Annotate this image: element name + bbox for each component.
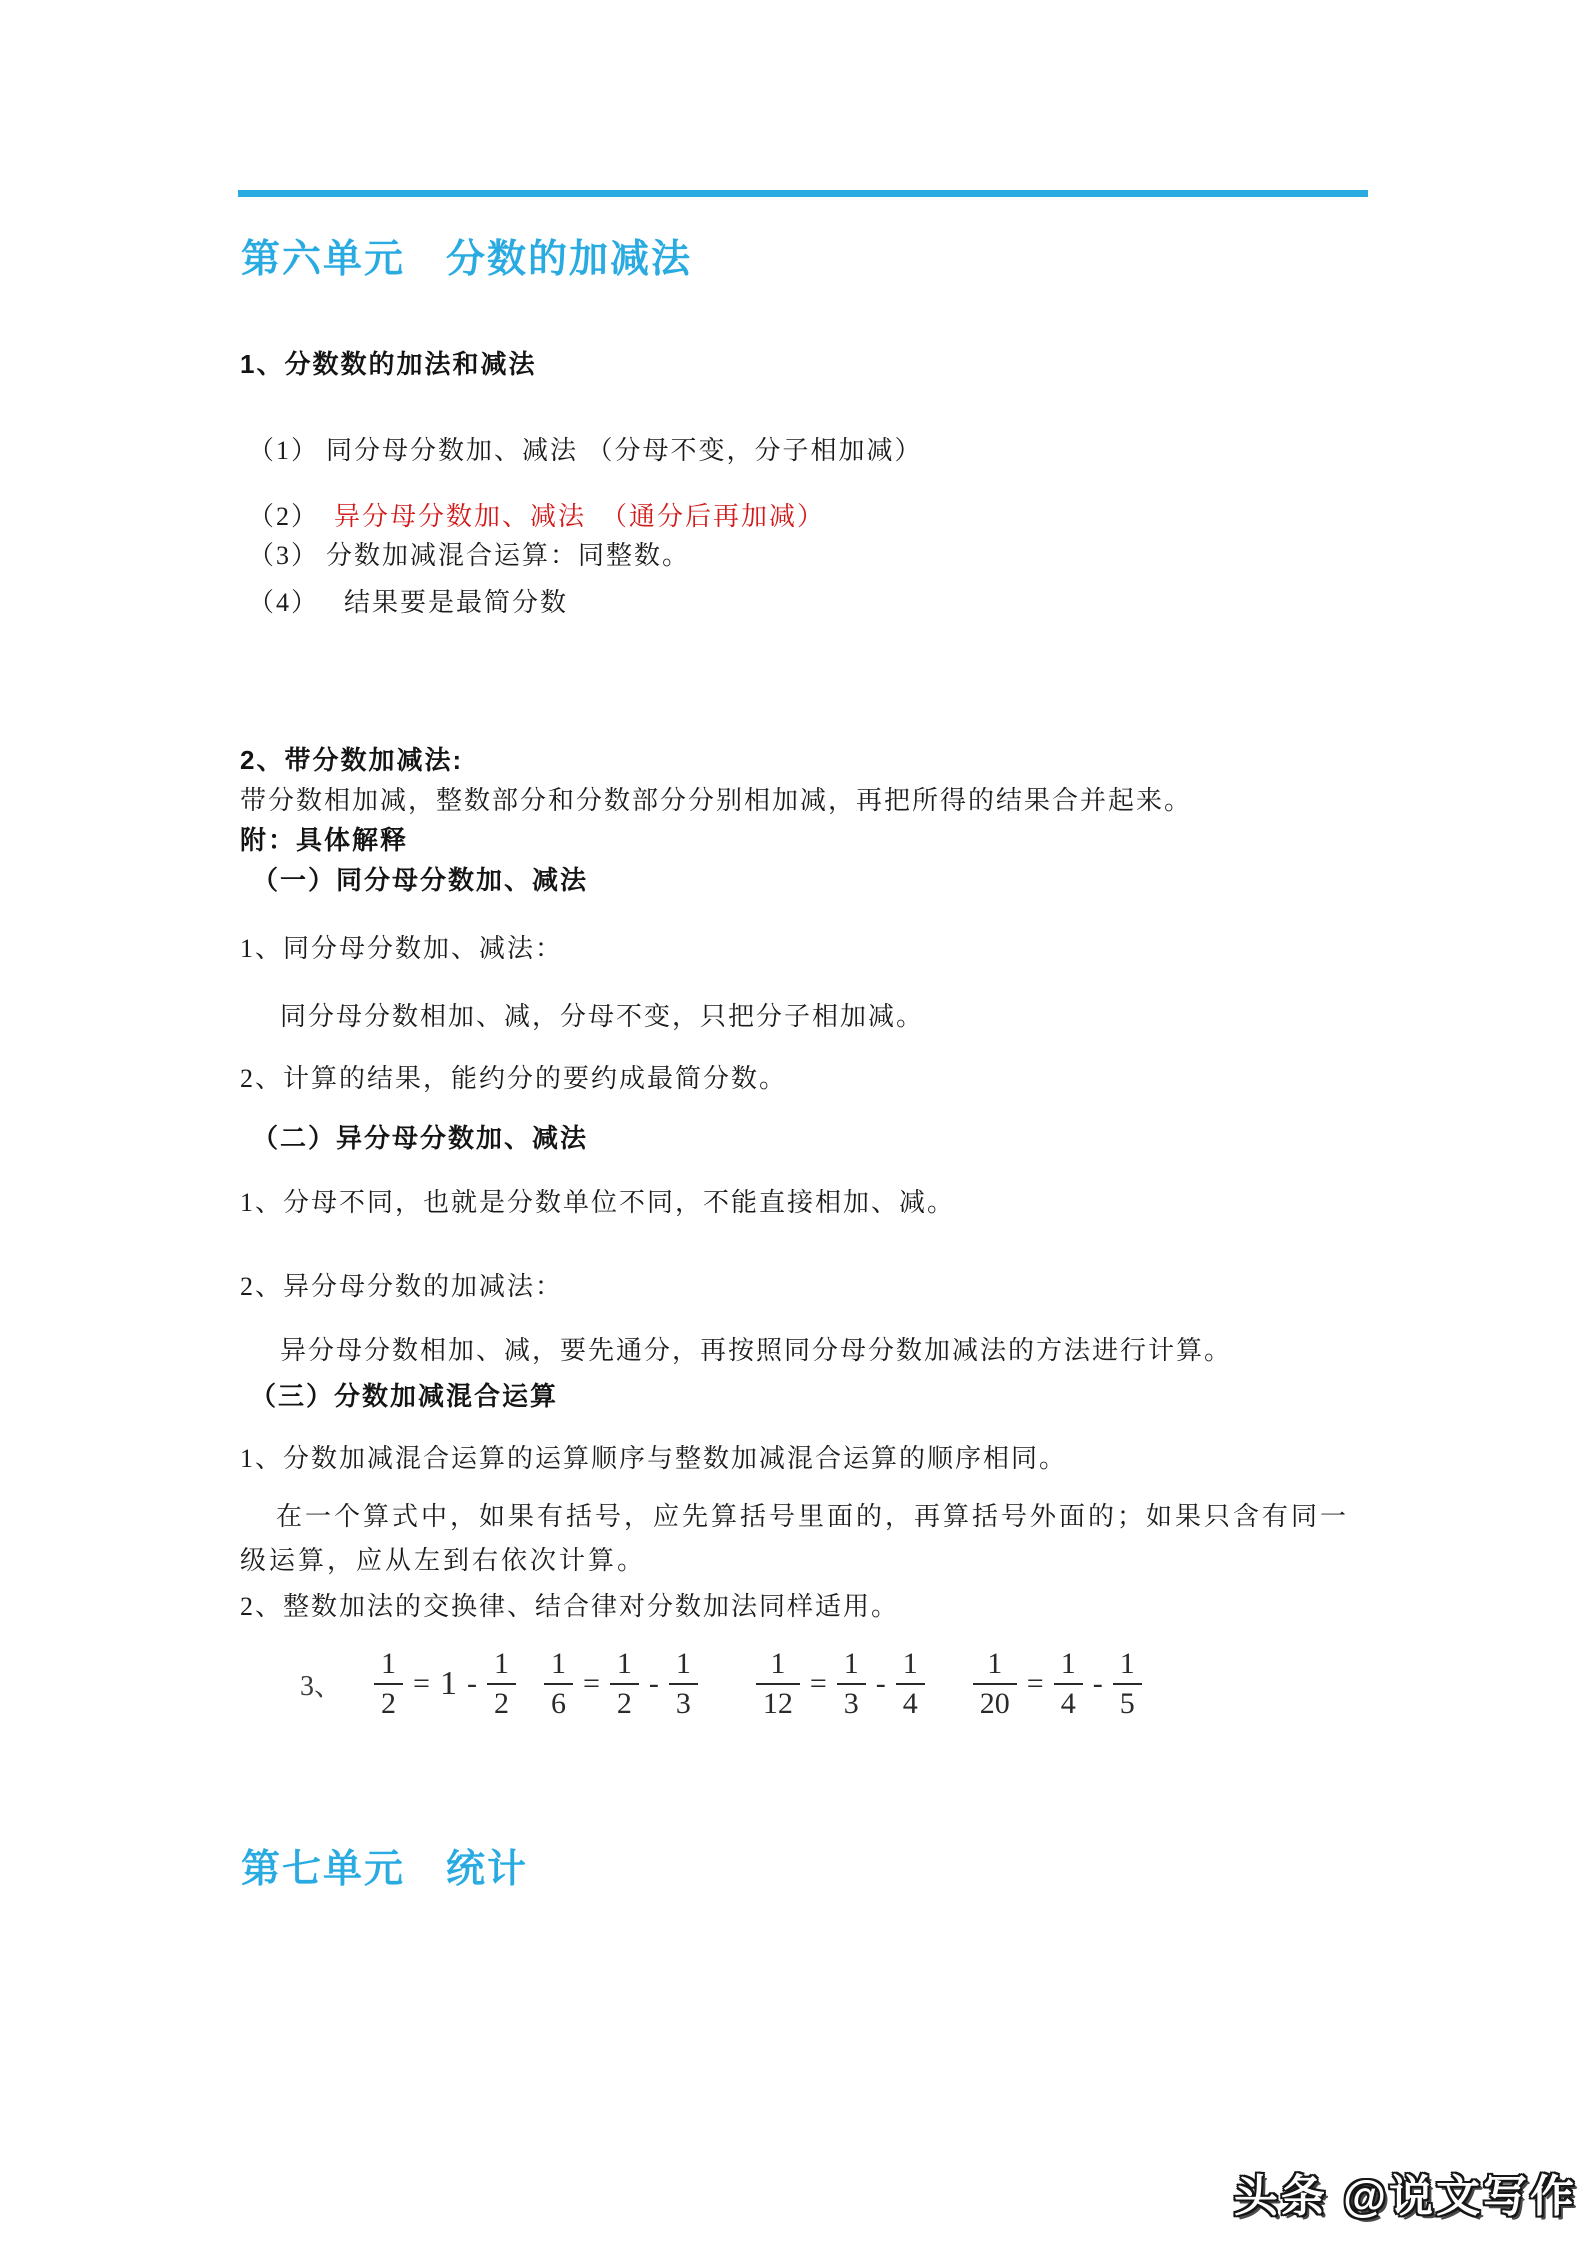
denominator: 3: [837, 1683, 866, 1723]
denominator: 3: [669, 1683, 698, 1723]
fraction: 1 2: [610, 1645, 639, 1723]
equation-1: 1 2 = 1 - 1 2: [374, 1645, 516, 1723]
fraction: 1 2: [374, 1645, 403, 1723]
subheading-same-denominator: （一）同分母分数加、减法: [252, 860, 588, 897]
subheading-different-denominator: （二）异分母分数加、减法: [252, 1118, 588, 1155]
numerator: 1: [896, 1645, 925, 1683]
paragraph-sub2-1: 1、分母不同，也就是分数单位不同，不能直接相加、减。: [240, 1182, 955, 1219]
heading-appendix: 附：具体解释: [240, 820, 408, 857]
fraction: 1 4: [896, 1645, 925, 1723]
fraction: 1 20: [973, 1645, 1017, 1723]
numerator: 1: [1054, 1645, 1083, 1683]
equation-3: 1 12 = 1 3 - 1 4: [756, 1645, 925, 1723]
paragraph-sub3-2: 在一个算式中，如果有括号，应先算括号里面的，再算括号外面的；如果只含有同一级运算…: [240, 1495, 1368, 1583]
list-item-3: （3） 分数加减混合运算：同整数。: [248, 535, 690, 572]
equals-sign: =: [413, 1667, 430, 1701]
list-item-4-text: 结果要是最简分数: [344, 582, 568, 619]
numerator: 1: [374, 1645, 403, 1683]
equation-2: 1 6 = 1 2 - 1 3: [544, 1645, 698, 1723]
watermark-toutiao: 头条 @说文写作: [1234, 2160, 1577, 2224]
list-item-4-num: （4）: [248, 582, 326, 619]
paragraph-sub3-3: 2、整数加法的交换律、结合律对分数加法同样适用。: [240, 1586, 899, 1623]
subheading-mixed-operations: （三）分数加减混合运算: [250, 1376, 558, 1413]
paragraph-sub1-2: 同分母分数相加、减，分母不变，只把分子相加减。: [280, 996, 924, 1033]
heading-fraction-add-sub: 1、分数数的加法和减法: [240, 344, 536, 381]
numerator: 1: [669, 1645, 698, 1683]
list-item-1-num: （1）: [248, 430, 326, 467]
integer-one: 1: [440, 1665, 457, 1703]
numerator: 1: [1113, 1645, 1142, 1683]
paragraph-sub3-1: 1、分数加减混合运算的运算顺序与整数加减混合运算的顺序相同。: [240, 1438, 1067, 1475]
paragraph-mixed-number-rule: 带分数相加减，整数部分和分数部分分别相加减，再把所得的结果合并起来。: [240, 780, 1192, 817]
denominator: 2: [610, 1683, 639, 1723]
list-item-3-num: （3）: [248, 535, 326, 572]
fraction: 1 3: [837, 1645, 866, 1723]
formula-label: 3、: [300, 1664, 342, 1704]
equals-sign: =: [583, 1667, 600, 1701]
list-item-1: （1） 同分母分数加、减法 （分母不变，分子相加减）: [248, 430, 923, 467]
list-item-2-num: （2）: [248, 496, 326, 533]
numerator: 1: [487, 1645, 516, 1683]
fraction: 1 2: [487, 1645, 516, 1723]
denominator: 4: [1054, 1683, 1083, 1723]
top-divider-rule: [238, 190, 1368, 197]
numerator: 1: [756, 1645, 800, 1683]
minus-sign: -: [876, 1667, 886, 1701]
numerator: 1: [544, 1645, 573, 1683]
fraction-equations: 3、 1 2 = 1 - 1 2 1 6 = 1 2 -: [300, 1634, 1142, 1734]
minus-sign: -: [1093, 1667, 1103, 1701]
denominator: 4: [896, 1683, 925, 1723]
unit7-title: 第七单元 统计: [241, 1838, 528, 1894]
list-item-2: （2） 异分母分数加、减法 （通分后再加减）: [248, 496, 825, 533]
paragraph-sub2-3: 异分母分数相加、减，要先通分，再按照同分母分数加减法的方法进行计算。: [280, 1330, 1232, 1367]
equation-4: 1 20 = 1 4 - 1 5: [973, 1645, 1142, 1723]
denominator: 2: [487, 1683, 516, 1723]
denominator: 20: [973, 1683, 1017, 1723]
fraction: 1 4: [1054, 1645, 1083, 1723]
paragraph-sub2-2: 2、异分母分数的加减法：: [240, 1266, 563, 1303]
list-item-2-text: 异分母分数加、减法 （通分后再加减）: [334, 496, 825, 533]
equals-sign: =: [810, 1667, 827, 1701]
list-item-4: （4） 结果要是最简分数: [248, 582, 568, 619]
heading-mixed-number: 2、带分数加减法:: [240, 740, 463, 777]
denominator: 2: [374, 1683, 403, 1723]
list-item-3-text: 分数加减混合运算：同整数。: [326, 535, 690, 572]
fraction: 1 5: [1113, 1645, 1142, 1723]
paragraph-sub1-1: 1、同分母分数加、减法：: [240, 928, 563, 965]
denominator: 6: [544, 1683, 573, 1723]
list-item-1-text: 同分母分数加、减法 （分母不变，分子相加减）: [326, 430, 923, 467]
fraction: 1 12: [756, 1645, 800, 1723]
denominator: 5: [1113, 1683, 1142, 1723]
fraction: 1 6: [544, 1645, 573, 1723]
equals-sign: =: [1027, 1667, 1044, 1701]
paragraph-sub1-3: 2、计算的结果，能约分的要约成最简分数。: [240, 1058, 787, 1095]
numerator: 1: [973, 1645, 1017, 1683]
numerator: 1: [837, 1645, 866, 1683]
minus-sign: -: [649, 1667, 659, 1701]
fraction: 1 3: [669, 1645, 698, 1723]
unit6-title: 第六单元 分数的加减法: [241, 228, 692, 284]
minus-sign: -: [467, 1667, 477, 1701]
document-page: 第六单元 分数的加减法 1、分数数的加法和减法 （1） 同分母分数加、减法 （分…: [0, 0, 1587, 2245]
numerator: 1: [610, 1645, 639, 1683]
denominator: 12: [756, 1683, 800, 1723]
